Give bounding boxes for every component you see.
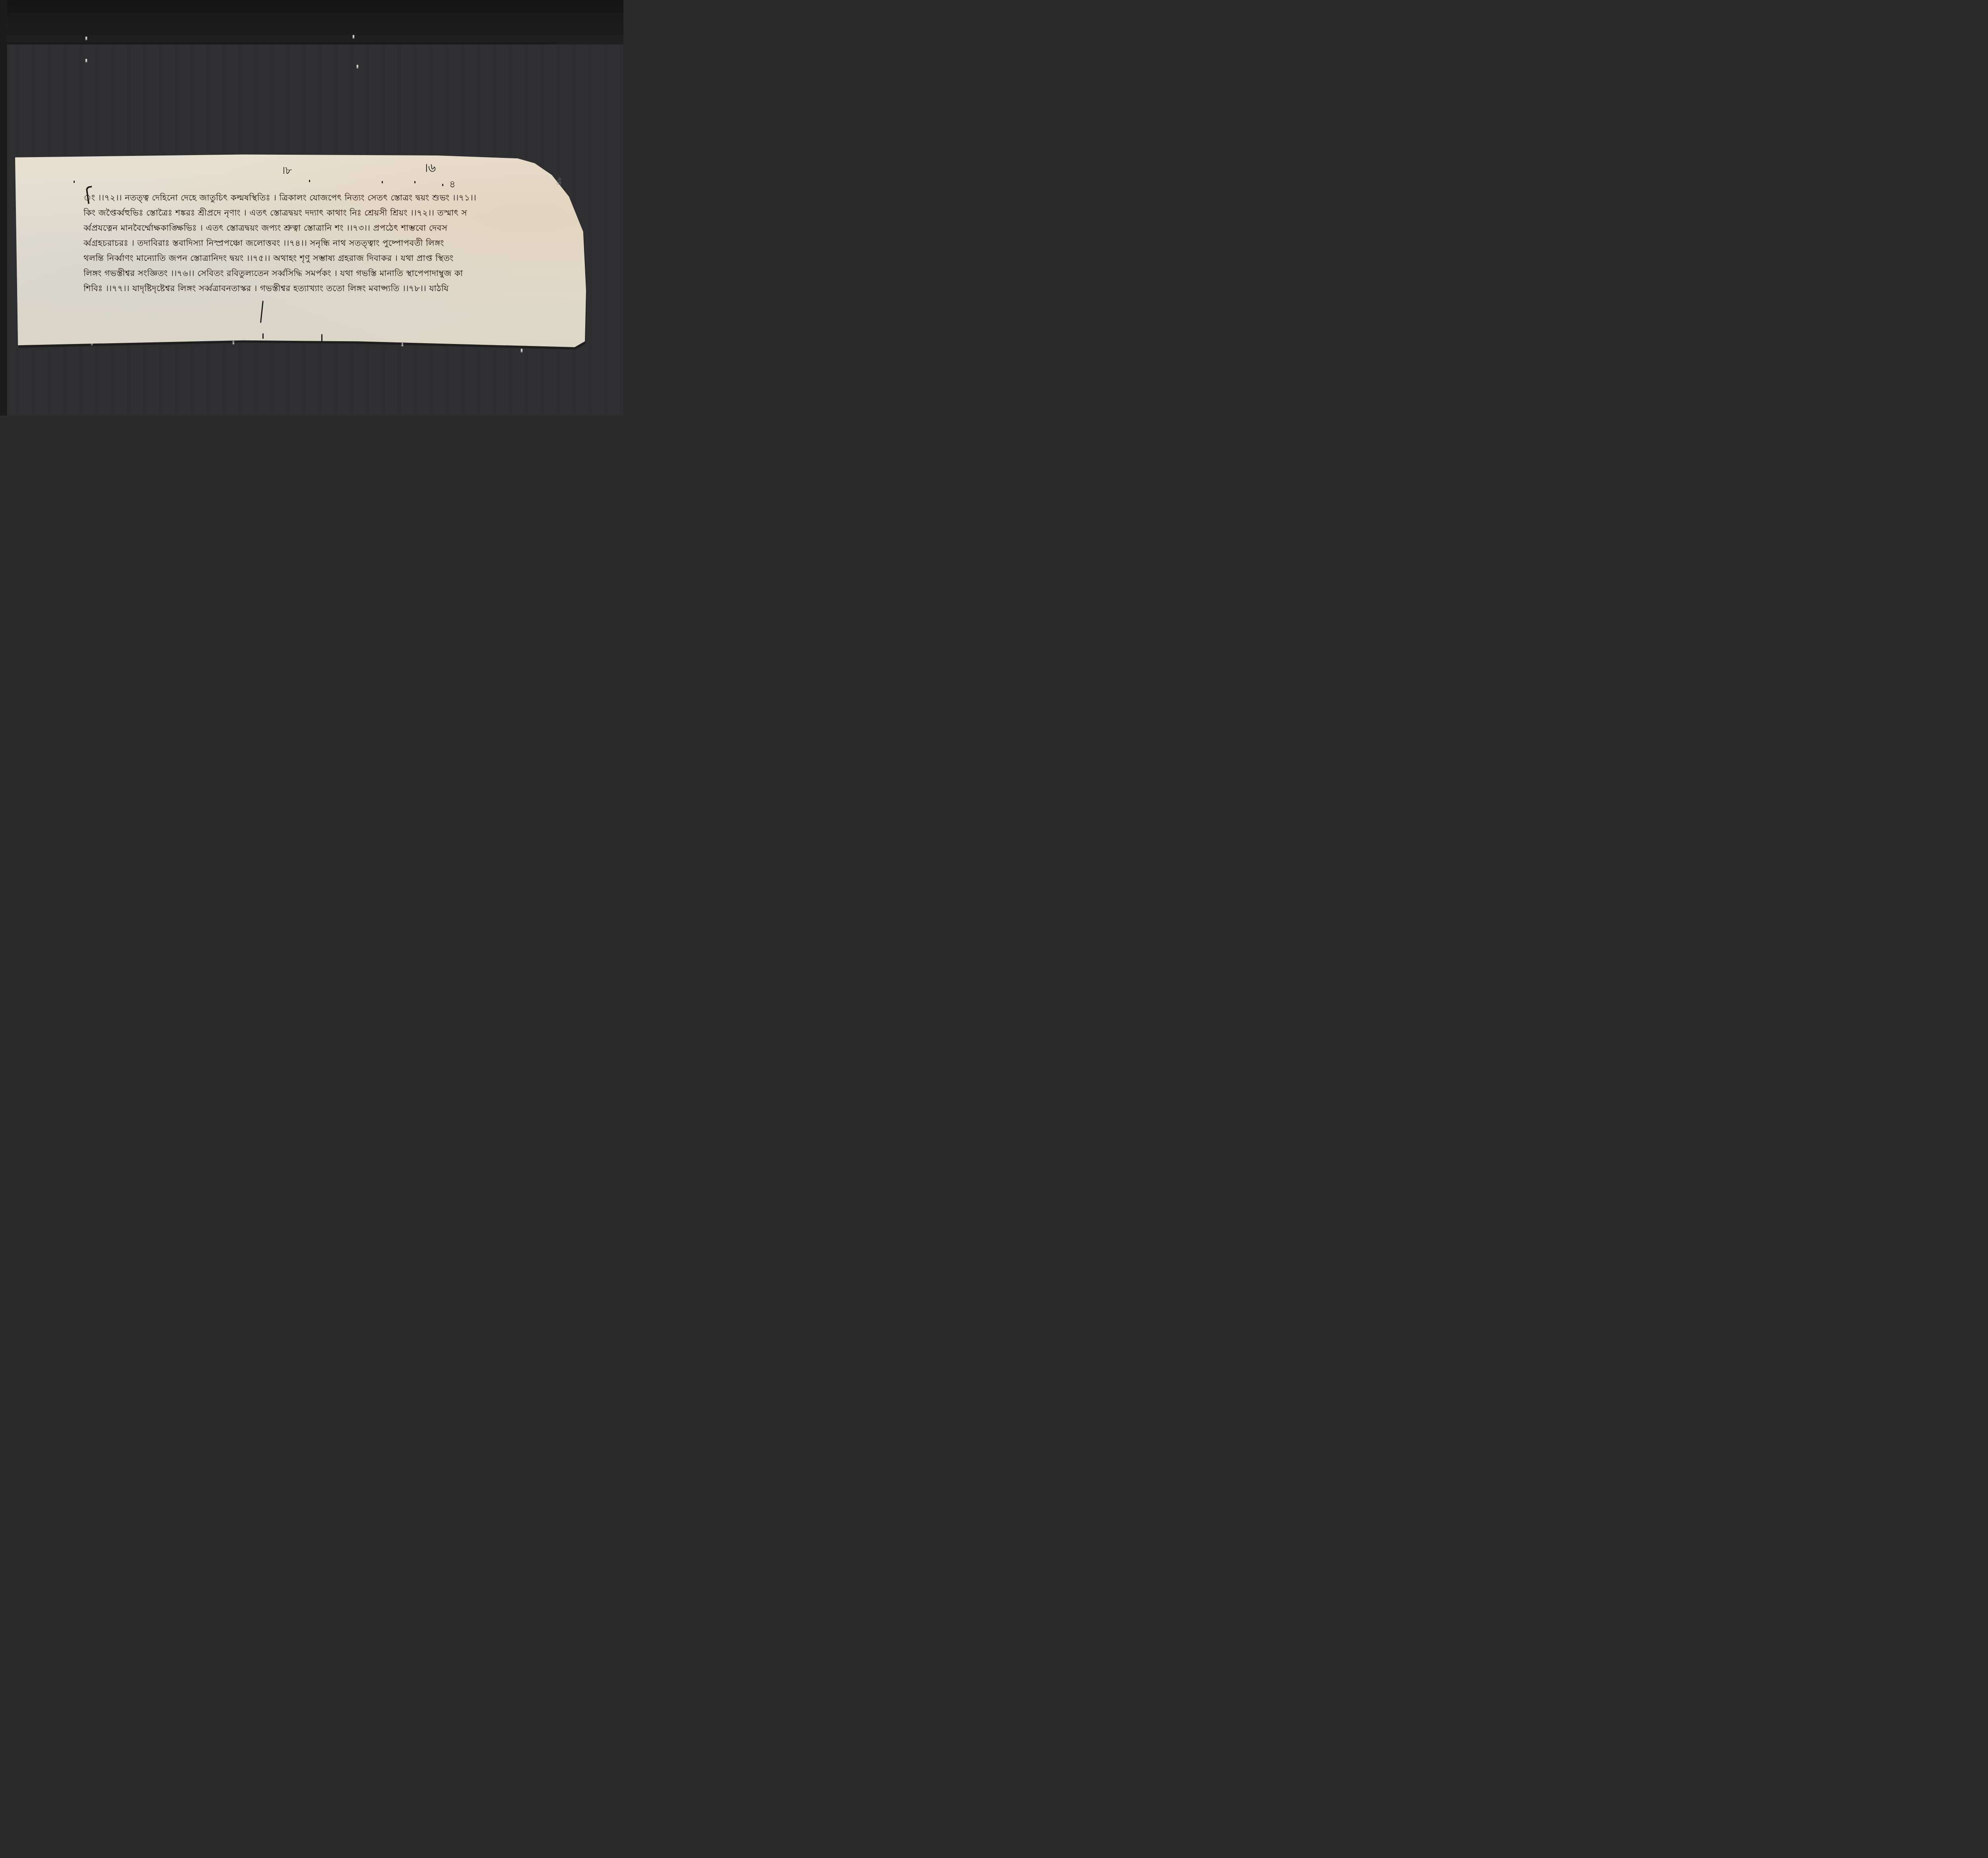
upper-mount-flap xyxy=(0,0,623,45)
ink-dot xyxy=(442,184,443,186)
pencil-annotation: 8/৮ xyxy=(555,176,565,186)
mounting-pin xyxy=(521,349,522,352)
mounting-pin xyxy=(353,35,354,39)
ink-dot xyxy=(414,181,415,183)
text-line-7: শিবিঃ ।।৭৭।। যাদৃষ্টিদৃষ্টেশ্বর লিঙ্গং স… xyxy=(83,281,521,296)
text-line-6: লিঙ্গং গভস্তীশ্বর সংজ্ঞিতং ।।৭৬।। সেবিতং… xyxy=(83,266,521,281)
ink-trail xyxy=(262,333,264,339)
mounting-pin xyxy=(357,65,358,68)
text-line-1: ং ।।৭২।। নতত্ত্ব দেহিনো দেহে জাতুচিৎ কল্… xyxy=(83,190,521,205)
margin-mark-right: ।৬ xyxy=(424,158,436,179)
mounting-pin xyxy=(85,37,87,40)
mounting-pin xyxy=(85,59,87,62)
ink-dot xyxy=(74,181,75,183)
text-line-2: কিং জপ্তৈর্ব্বহুভিঃ স্তোত্রৈঃ শঙ্করঃ শ্র… xyxy=(83,205,521,220)
ink-dot xyxy=(382,181,383,183)
ink-dot xyxy=(309,180,310,182)
text-line-4: র্ব্বগ্রহচরাচরঃ । তদাবিরাঃ স্তবাদিস্যা ন… xyxy=(83,235,521,251)
text-line-5: থলন্তি নির্ব্বাণং মান্যোতি জপন স্তোত্রান… xyxy=(83,251,521,266)
ink-trail xyxy=(321,334,322,343)
manuscript-text: ং ।।৭২।। নতত্ত্ব দেহিনো দেহে জাতুচিৎ কল্… xyxy=(83,190,521,296)
folio-number-mark: ।৮ xyxy=(282,162,292,180)
text-line-3: র্ব্বপ্রযত্নেন মানবৈর্ম্মোক্ষকাঙ্ক্ষিভিঃ… xyxy=(83,220,521,235)
mount-left-edge xyxy=(0,0,7,416)
